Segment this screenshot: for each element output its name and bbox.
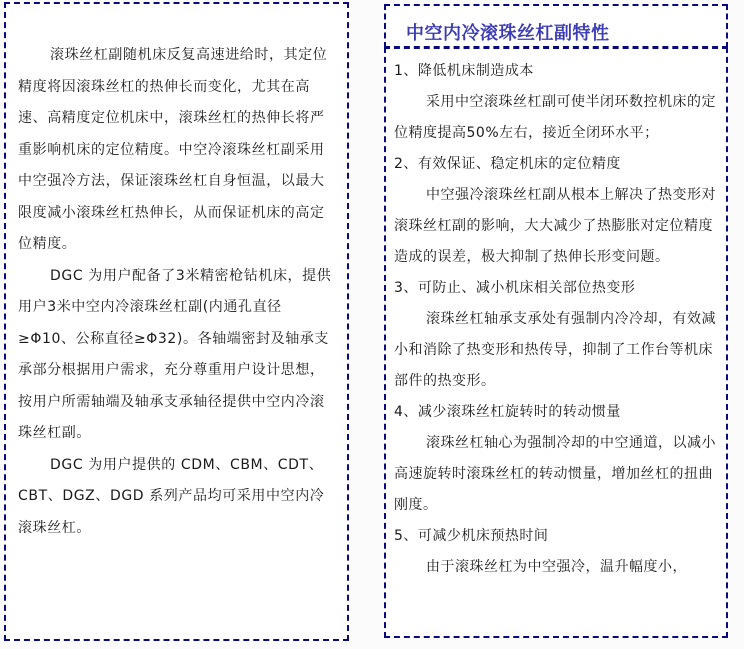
feature-heading: 3、可防止、减小机床相关部位热变形 <box>394 273 720 304</box>
feature-item-1: 1、降低机床制造成本 采用中空滚珠丝杠副可使半闭环数控机床的定位精度提高50%左… <box>394 56 720 149</box>
feature-item-5: 5、可减少机床预热时间 由于滚珠丝杠为中空强冷，温升幅度小， <box>394 521 720 583</box>
feature-body: 中空强冷滚珠丝杠副从根本上解决了热变形对滚珠丝杠副的影响，大大减少了热膨胀对定位… <box>394 180 720 273</box>
feature-item-4: 4、减少滚珠丝杠旋转时的转动惯量 滚珠丝杠轴心为强制冷却的中空通道，以减小高速旋… <box>394 397 720 521</box>
feature-item-2: 2、有效保证、稳定机床的定位精度 中空强冷滚珠丝杠副从根本上解决了热变形对滚珠丝… <box>394 149 720 273</box>
feature-heading: 1、降低机床制造成本 <box>394 56 720 87</box>
features-panel: 1、降低机床制造成本 采用中空滚珠丝杠副可使半闭环数控机床的定位精度提高50%左… <box>384 47 728 638</box>
intro-paragraph-3: DGC 为用户提供的 CDM、CBM、CDT、CBT、DGZ、DGD 系列产品均… <box>18 450 337 545</box>
feature-body: 滚珠丝杠轴承支承处有强制内冷冷却，有效减小和消除了热变形和热传导，抑制了工作台等… <box>394 304 720 397</box>
feature-heading: 5、可减少机床预热时间 <box>394 521 720 552</box>
feature-body: 滚珠丝杠轴心为强制冷却的中空通道，以减小高速旋转时滚珠丝杠的转动惯量，增加丝杠的… <box>394 428 720 521</box>
intro-paragraph-1: 滚珠丝杠副随机床反复高速进给时，其定位精度将因滚珠丝杠的热伸长而变化，尤其在高速… <box>18 40 337 261</box>
intro-paragraph-2: DGC 为用户配备了3米精密枪钻机床，提供用户3米中空内冷滚珠丝杠副(内通孔直径… <box>18 261 337 450</box>
feature-item-3: 3、可防止、减小机床相关部位热变形 滚珠丝杠轴承支承处有强制内冷冷却，有效减小和… <box>394 273 720 397</box>
features-title: 中空内冷滚珠丝杠副特性 <box>406 19 726 45</box>
feature-body: 由于滚珠丝杠为中空强冷，温升幅度小， <box>394 552 720 583</box>
feature-body: 采用中空滚珠丝杠副可使半闭环数控机床的定位精度提高50%左右，接近全闭环水平； <box>394 87 720 149</box>
feature-heading: 2、有效保证、稳定机床的定位精度 <box>394 149 720 180</box>
intro-text-panel: 滚珠丝杠副随机床反复高速进给时，其定位精度将因滚珠丝杠的热伸长而变化，尤其在高速… <box>4 2 349 641</box>
features-header: 中空内冷滚珠丝杠副特性 <box>384 4 728 48</box>
feature-heading: 4、减少滚珠丝杠旋转时的转动惯量 <box>394 397 720 428</box>
